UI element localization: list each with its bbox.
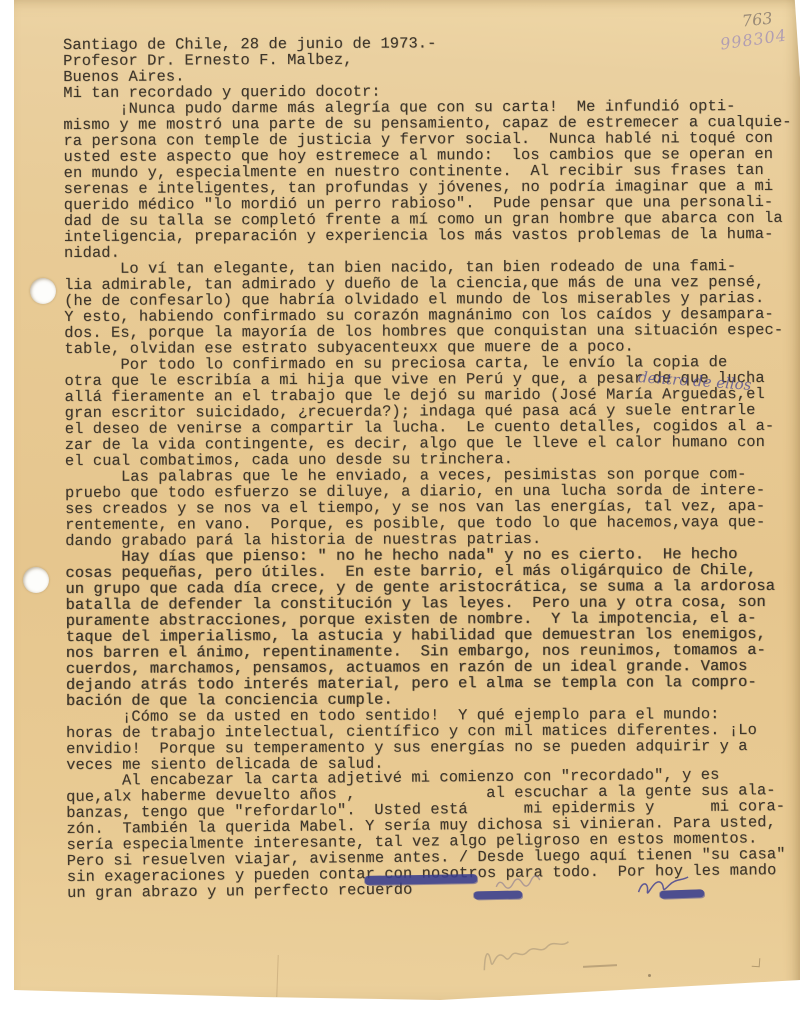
letter-paragraph-6: ¡Cómo se da usted en todo sentido! Y qué…: [66, 706, 800, 773]
pencil-dash-mark: [583, 964, 617, 968]
paper-crease: [276, 955, 278, 997]
punch-hole-top: [30, 278, 56, 304]
faint-signature-mark: [476, 931, 576, 977]
pencil-corner-mark: [752, 958, 761, 968]
ink-strikeout-2: [474, 891, 522, 900]
letter-paragraph-2: Lo ví tan elegante, tan bien nacido, tan…: [64, 258, 800, 357]
recipient-address: Profesor Dr. Ernesto F. Malbez, Buenos A…: [63, 50, 800, 85]
pencil-dot-mark: [648, 974, 651, 977]
paper-sheet: 763 998304 Santiago de Chile, 28 de juni…: [0, 0, 800, 1014]
letter-paragraph-5: Hay días que pienso: " no he hecho nada"…: [65, 546, 800, 709]
letter-paragraph-1: ¡Nunca pudo darme más alegría que con su…: [63, 98, 800, 261]
letter-paragraph-4: Las palabras que le he enviado, a veces,…: [65, 466, 800, 549]
ink-strikeout-3: [660, 889, 704, 899]
punch-hole-bottom: [23, 567, 49, 593]
scanned-letter-page: 763 998304 Santiago de Chile, 28 de juni…: [0, 0, 800, 1014]
typed-letter-body: Santiago de Chile, 28 de junio de 1973.-…: [63, 34, 800, 901]
